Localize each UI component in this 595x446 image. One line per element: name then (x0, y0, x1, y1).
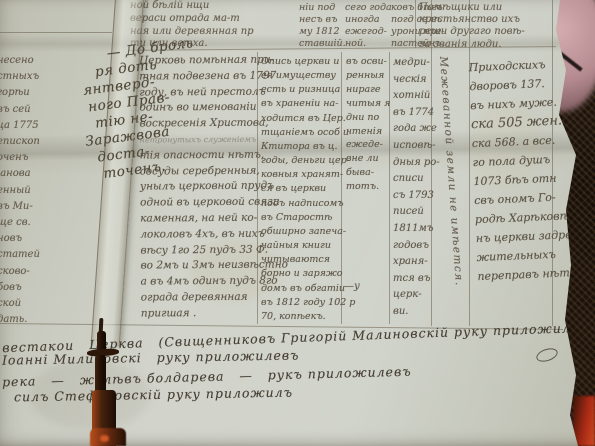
handwritten-text-line: въ Старостѣ (261, 211, 355, 225)
handwritten-text-line: ходится въ Цер. (261, 112, 355, 126)
correction-mark: —у (344, 281, 360, 292)
handwritten-text-line: горѣи (0, 85, 40, 101)
binding-cord-red-highlight (100, 435, 109, 442)
handwritten-text-line: тся въ (393, 271, 440, 288)
handwritten-text-line: ской (0, 296, 40, 312)
handwritten-text-line: несъ въ (299, 14, 346, 26)
handwritten-text-line: енный (0, 183, 40, 199)
handwritten-text-line: домъ въ обгатiи (261, 282, 355, 296)
handwritten-text-line: ца 1775 (0, 118, 40, 134)
handwritten-text-line: тщанiемъ особ и (261, 126, 355, 140)
handwritten-text-line: ной. (345, 38, 392, 50)
handwritten-text-line: дать. (0, 312, 40, 328)
rule-left-sheet-top (0, 32, 112, 33)
handwritten-text-line: ви. (393, 304, 440, 321)
handwritten-text-line: чайныя книги (261, 239, 355, 253)
handwritten-text-line: медри- (393, 55, 440, 72)
handwritten-text-line: годовъ (393, 238, 440, 255)
handwritten-text-line: ренныя (346, 69, 390, 83)
handwritten-text-line: новъ (0, 231, 40, 247)
handwritten-text-line: iанова (0, 166, 40, 182)
handwritten-text-line: крестьянство ихъ (419, 14, 525, 26)
handwritten-text-line: въ 1812 году 102 р (261, 296, 355, 310)
binding-cord-middle (95, 355, 106, 393)
handwritten-text-line: быва- (346, 166, 390, 180)
column-inventory-text: Опись церкви иея имуществуесть и ризница… (261, 55, 355, 324)
handwritten-text-line: въ храненiи на- (261, 97, 355, 111)
handwritten-text-line: иногда (345, 14, 392, 26)
diagonal-marginal-note: — До брольря дотьянтверд-ного Прав-тiю н… (72, 35, 209, 185)
handwritten-text-line: года же (393, 121, 440, 138)
handwritten-text-line: бовъ (0, 280, 40, 296)
header-fragment-3: сего годаиногдаежегод-ной. (345, 2, 392, 50)
left-sheet-cut-text: несеностныхъгорѣивъ сейца 1775епископоче… (0, 53, 40, 328)
photo-of-archival-document: ной бѣлiй нщивераси отрада ма-тная или д… (0, 0, 595, 446)
handwritten-text-line: Помѣщики или (419, 2, 525, 14)
handwritten-text-line: сково- (0, 264, 40, 280)
handwritten-text-line: дни по (346, 111, 390, 125)
handwritten-text-line: читываются (261, 253, 355, 267)
handwritten-text-line: обширно запеча- (261, 225, 355, 239)
header-fragment-2: нiи поднесъ въму 1812ставшiй. (299, 2, 346, 50)
handwritten-text-line: читыя я (346, 97, 390, 111)
handwritten-text-line: въ 1774 (393, 105, 440, 122)
handwritten-text-line: тотъ. (346, 180, 390, 194)
column-services-text: въ осви-ренныянирагечитыя ядни почтенiяе… (346, 55, 390, 194)
column-registers-text: медри-ческiяхотнiйвъ 1774года жеисповѣ-д… (393, 55, 440, 321)
handwritten-text-line: въ осви- (346, 55, 390, 69)
handwritten-text-line: Ктитора въ ц. (261, 140, 355, 154)
handwritten-text-line: сего года (345, 2, 392, 14)
handwritten-text-line: вне ли (346, 152, 390, 166)
handwritten-text-line: есть и ризница (261, 83, 355, 97)
handwritten-text-line: съ 1793 (393, 188, 440, 205)
handwritten-text-line: статей (0, 247, 40, 263)
handwritten-text-line: му 1812 (299, 26, 346, 38)
handwritten-text-line: вераси отрада ма-т (130, 13, 254, 26)
handwritten-text-line: церк- (393, 287, 440, 304)
handwritten-text-line: оченъ (0, 150, 40, 166)
handwritten-text-line: писей (393, 204, 440, 221)
handwritten-text-line: подъ надписомъ (261, 197, 355, 211)
handwritten-text-line: храня- (393, 254, 440, 271)
handwritten-text-line: ежегод- (345, 26, 392, 38)
handwritten-text-line: 70, копѣекъ. (261, 310, 355, 324)
handwritten-text-line: стныхъ (0, 69, 40, 85)
handwritten-text-line: ной бѣлiй нщи (130, 0, 254, 13)
handwritten-text-line: исповѣ- (393, 138, 440, 155)
handwritten-text-line: въ сей (0, 102, 40, 118)
handwritten-text-line: годы, деньги цер- (261, 154, 355, 168)
handwritten-text-line: ще св. (0, 215, 40, 231)
handwritten-text-line: борно и заряжо (261, 267, 355, 281)
handwritten-text-line: ея имуществу (261, 69, 355, 83)
handwritten-text-line: 1811мъ (393, 221, 440, 238)
handwritten-text-line: ческiя (393, 72, 440, 89)
handwritten-text-line: епископ (0, 134, 40, 150)
handwritten-text-line: Опись церкви и (261, 55, 355, 69)
handwritten-text-line: ежеде- (346, 138, 390, 152)
handwritten-text-line: несено (0, 53, 40, 69)
handwritten-text-line: дныя ро- (393, 155, 440, 172)
handwritten-text-line: за званiя люди. (419, 39, 525, 51)
handwritten-text-line: ся въ церкви (261, 182, 355, 196)
document-paper: ной бѣлiй нщивераси отрада ма-тная или д… (0, 0, 595, 446)
handwritten-text-line: чтенiя (346, 125, 390, 139)
handwritten-text-line: хотнiй (393, 88, 440, 105)
handwritten-text-line: ковныя хранят- (261, 168, 355, 182)
handwritten-text-line: ставшiй. (299, 38, 346, 50)
handwritten-text-line: нираге (346, 83, 390, 97)
handwritten-text-line: нiи под (299, 2, 346, 14)
header-fragment-parishioners: Помѣщики иликрестьянство ихъреши другаго… (419, 2, 525, 51)
handwritten-text-line: въ Ми- (0, 199, 40, 215)
red-wax-corner-mark (573, 396, 595, 446)
handwritten-text-line: списи (393, 171, 440, 188)
handwritten-text-line: реши другаго повѣ- (419, 26, 525, 38)
